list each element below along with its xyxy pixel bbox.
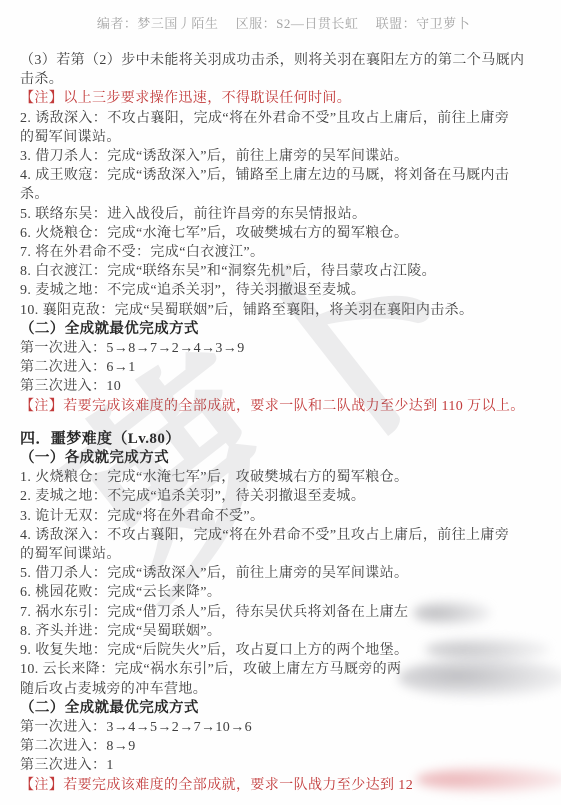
doc-header-line: 编者：梦三国丿陌生 区服：S2—日贯长虹 联盟：守卫萝卜 [20, 14, 547, 33]
achievements-heading: （一）各成就完成方式 [20, 449, 547, 468]
run-order-line: 第一次进入：5→8→7→2→4→3→9 [20, 339, 547, 358]
achievement-line: 杀。 [20, 185, 547, 204]
achievement-line: 的蜀军间谍站。 [20, 545, 547, 564]
achievement-line: 1. 火烧粮仓：完成“水淹七军”后，攻破樊城右方的蜀军粮仓。 [20, 468, 547, 487]
achievement-line: 3. 借刀杀人：完成“诱敌深入”后，前往上庸旁的吴军间谍站。 [20, 147, 547, 166]
run-order-line: 第二次进入：8→9 [20, 737, 547, 756]
achievement-line: 10. 云长来降：完成“祸水东引”后，攻破上庸左方马厩旁的两 [20, 660, 547, 679]
achievement-line: 随后攻占麦城旁的冲车营地。 [20, 680, 547, 699]
achievement-line: 的蜀军间谍站。 [20, 128, 547, 147]
achievement-line: 7. 祸水东引：完成“借刀杀人”后，待东吴伏兵将刘备在上庸左 [20, 603, 547, 622]
achievement-line: 5. 联络东吴：进入战役后，前往许昌旁的东吴情报站。 [20, 205, 547, 224]
run-order-line: 第三次进入：10 [20, 377, 547, 396]
achievement-line: 3. 诡计无双：完成“将在外君命不受”。 [20, 507, 547, 526]
achievement-line: 6. 火烧粮仓：完成“水淹七军”后，攻破樊城右方的蜀军粮仓。 [20, 224, 547, 243]
run-order-line: 第二次进入：6→1 [20, 358, 547, 377]
achievement-line: 6. 桃园花败：完成“云长来降”。 [20, 583, 547, 602]
achievement-line: 2. 麦城之地：不完成“追杀关羽”，待关羽撤退至麦城。 [20, 487, 547, 506]
achievement-line: 5. 借刀杀人：完成“诱敌深入”后，前往上庸旁的吴军间谍站。 [20, 564, 547, 583]
achievement-line: 8. 白衣渡江：完成“联络东吴”和“洞察先机”后，待吕蒙攻占江陵。 [20, 262, 547, 281]
note-speed: 【注】以上三步要求操作迅速，不得耽误任何时间。 [20, 89, 547, 108]
achievement-line: 4. 成王败寇：完成“诱敌深入”后，铺路至上庸左边的马厩，将刘备在马厩内击 [20, 166, 547, 185]
nightmare-difficulty-section: 四．噩梦难度（Lv.80） （一）各成就完成方式 1. 火烧粮仓：完成“水淹七军… [20, 430, 547, 795]
best-completion-heading: （二）全成就最优完成方式 [20, 699, 547, 718]
document-content: 编者：梦三国丿陌生 区服：S2—日贯长虹 联盟：守卫萝卜 （3）若第（2）步中未… [20, 14, 547, 795]
note-power-requirement: 【注】若要完成该难度的全部成就，要求一队战力至少达到 12 [20, 776, 547, 795]
best-completion-heading: （二）全成就最优完成方式 [20, 320, 547, 339]
note-power-requirement: 【注】若要完成该难度的全部成就，要求一队和二队战力至少达到 110 万以上。 [20, 397, 547, 416]
section-title-nightmare: 四．噩梦难度（Lv.80） [20, 430, 547, 449]
step3-paragraph-line: 击杀。 [20, 70, 547, 89]
document-page: 萝卜 编者：梦三国丿陌生 区服：S2—日贯长虹 联盟：守卫萝卜 （3）若第（2）… [0, 0, 561, 805]
achievement-line: 2. 诱敌深入：不攻占襄阳，完成“将在外君命不受”且攻占上庸后，前往上庸旁 [20, 109, 547, 128]
achievement-line: 4. 诱敌深入：不攻占襄阳，完成“将在外君命不受”且攻占上庸后，前往上庸旁 [20, 526, 547, 545]
achievement-line: 7. 将在外君命不受：完成“白衣渡江”。 [20, 243, 547, 262]
run-order-line: 第三次进入：1 [20, 756, 547, 775]
normal-difficulty-section: （3）若第（2）步中未能将关羽成功击杀，则将关羽在襄阳左方的第二个马厩内 击杀。… [20, 51, 547, 416]
step3-paragraph-line: （3）若第（2）步中未能将关羽成功击杀，则将关羽在襄阳左方的第二个马厩内 [20, 51, 547, 70]
achievement-line: 9. 麦城之地：不完成“追杀关羽”，待关羽撤退至麦城。 [20, 281, 547, 300]
achievement-line: 10. 襄阳克敌：完成“吴蜀联姻”后，铺路至襄阳，将关羽在襄阳内击杀。 [20, 301, 547, 320]
run-order-line: 第一次进入：3→4→5→2→7→10→6 [20, 718, 547, 737]
achievement-line: 8. 齐头并进：完成“吴蜀联姻”。 [20, 622, 547, 641]
achievement-line: 9. 收复失地：完成“后院失火”后，攻占夏口上方的两个地堡。 [20, 641, 547, 660]
